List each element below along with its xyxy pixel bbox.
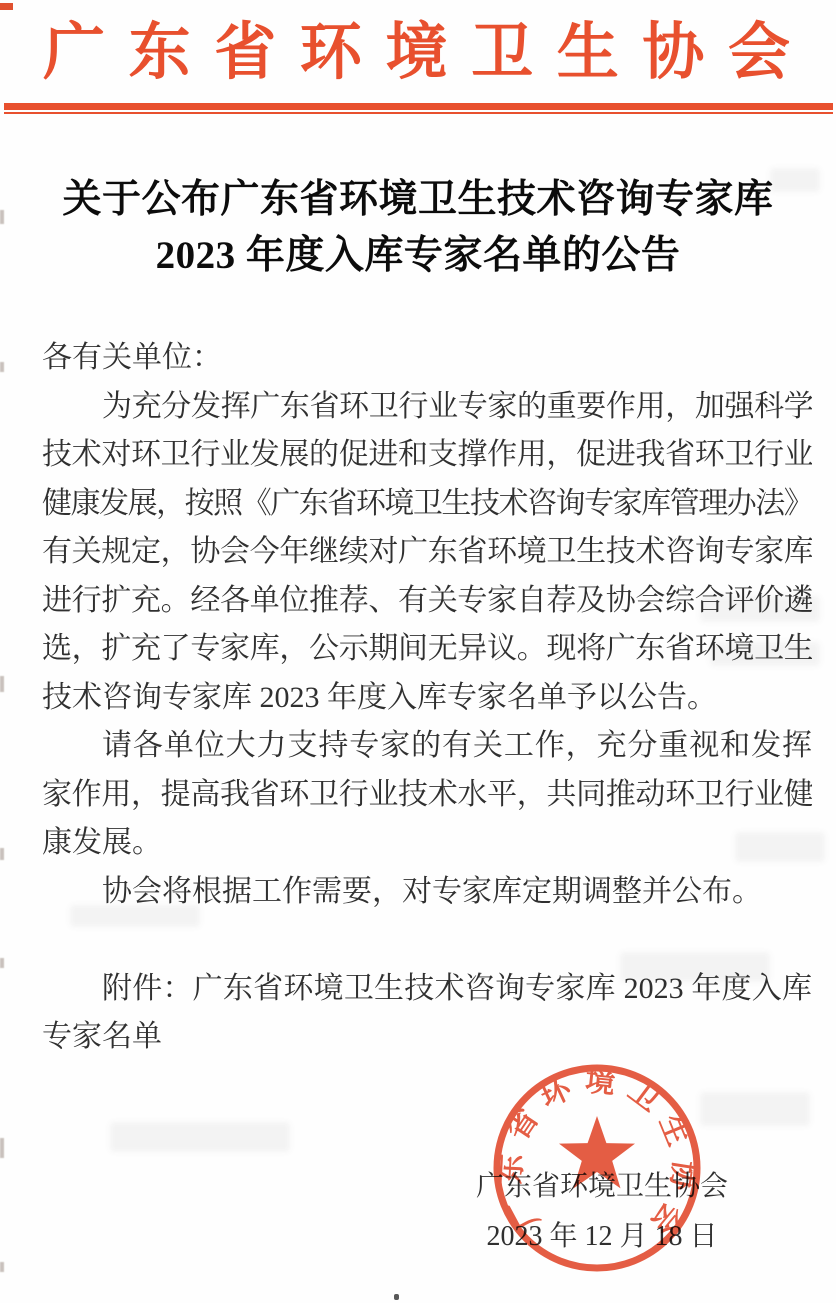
scan-artifact (700, 1092, 810, 1126)
body-line: 进行扩充。经各单位推荐、有关专家自荐及协会综合评价遴 (42, 577, 812, 626)
notice-title-line-2: 2023 年度入库专家名单的公告 (0, 228, 836, 284)
notice-title-line-1: 关于公布广东省环境卫生技术咨询专家库 (0, 172, 836, 228)
body-line: 请各单位大力支持专家的有关工作，充分重视和发挥专 (42, 722, 812, 771)
scan-artifact (0, 1262, 4, 1272)
scan-artifact (0, 362, 4, 372)
scan-artifact (620, 952, 770, 982)
letterhead-divider-thick (4, 103, 833, 110)
scan-artifact (0, 848, 4, 860)
scan-artifact (0, 1138, 4, 1158)
salutation-line: 各有关单位： (42, 334, 812, 383)
scan-artifact (700, 596, 820, 622)
scan-artifact (394, 1294, 399, 1300)
attachment-line: 专家名单 (42, 1013, 812, 1062)
scan-artifact (710, 642, 820, 666)
body-line: 家作用，提高我省环卫行业技术水平，共同推动环卫行业健 (42, 771, 812, 820)
seal-star-icon (559, 1116, 635, 1188)
scan-artifact (770, 168, 820, 192)
body-line: 技术对环卫行业发展的促进和支撑作用，促进我省环卫行业 (42, 431, 812, 480)
scan-artifact (735, 832, 825, 862)
scan-artifact (0, 210, 4, 224)
letterhead-divider-thin (4, 112, 833, 114)
body-line: 康发展。 (42, 819, 812, 868)
body-line: 技术咨询专家库 2023 年度入库专家名单予以公告。 (42, 674, 812, 723)
scan-artifact (70, 905, 200, 927)
body-line: 健康发展，按照《广东省环境卫生技术咨询专家库管理办法》 (42, 480, 812, 529)
body-line: 为充分发挥广东省环卫行业专家的重要作用，加强科学 (42, 383, 812, 432)
notice-title: 关于公布广东省环境卫生技术咨询专家库 2023 年度入库专家名单的公告 (0, 172, 836, 284)
letterhead-title: 广东省环境卫生协会 (43, 16, 790, 90)
body-line: 选，扩充了专家库，公示期间无异议。现将广东省环境卫生 (42, 625, 812, 674)
scan-artifact (0, 3, 13, 10)
official-seal: 广东省环境卫生协会 (487, 1058, 707, 1278)
scan-artifact (0, 958, 4, 968)
scan-artifact (110, 1122, 290, 1152)
scan-artifact (0, 676, 4, 692)
body-line: 有关规定，协会今年继续对广东省环境卫生技术咨询专家库 (42, 528, 812, 577)
document-page: 广东省环境卫生协会 关于公布广东省环境卫生技术咨询专家库 2023 年度入库专家… (0, 0, 836, 1303)
